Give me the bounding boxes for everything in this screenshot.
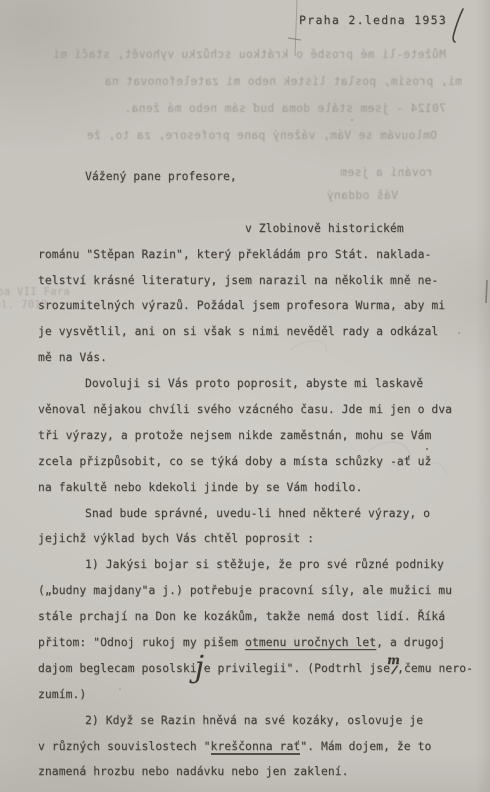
letter-text: ". Mám dojem, že to [300,740,431,753]
paper-scratch [288,38,301,40]
letter-text: 2) Když se Razin hněvá na své kozáky, os… [85,714,423,727]
letter-line: 1) Jakýsi bojar si stěžuje, že pro své r… [38,552,490,578]
letter-text: zcela přizpůsobit, co se týká doby a mís… [38,455,431,468]
letter-text: Dovoluji si Vás proto poprosit, abyste m… [85,377,423,390]
date-line: Praha 2.ledna 1953 [299,13,447,27]
pen-stroke-mark [453,9,463,42]
letter-line: Snad bude správné, uvedu-li hned některé… [38,501,490,527]
letter-text: e privilegii". (Podtrhl jse [204,662,390,675]
letter-line: věnoval nějakou chvíli svého vzácného ča… [38,397,490,423]
letter-line: Dovoluji si Vás proto poprosit, abyste m… [38,371,490,397]
letter-line: v různých souvislostech "kreščonna rať".… [38,734,490,760]
letter-line: na fakultě nebo kdekoli jinde by se Vám … [38,475,490,501]
letter-text: srozumitelných výrazů. Požádal jsem prof… [38,299,445,312]
letter-line: zumím.) [38,682,490,708]
letter-line: v Zlobinově historickém [38,216,490,242]
letter-text: ,čemu nero- [397,662,473,675]
letter-text: románu "Stěpan Razin", který překládám p… [38,248,431,261]
letter-text: telství krásné literatury, jsem narazil … [38,274,438,287]
letter-text: dajom beglecam posolski [38,662,197,675]
letter-line: jejichž výklad bych Vás chtěl poprosit : [38,526,490,552]
letter-text: znamená hrozbu nebo nadávku nebo jen zak… [38,765,349,778]
letter-text: věnoval nějakou chvíli svého vzácného ča… [38,403,452,416]
letter-line: srozumitelných výrazů. Požádal jsem prof… [38,293,490,319]
ink-speck [351,119,353,121]
letter-line: Vážený pane profesore, [38,164,490,190]
letter-text: Vážený pane profesore, [85,170,237,183]
letter-text: tři výrazy, a protože nejsem nikde zaměs… [38,429,431,442]
letter-text: v Zlobinově historickém [245,222,404,235]
letter-line: je vysvětlil, ani on si však s nimi nevě… [38,319,490,345]
letter-line: („budny majdany"a j.) potřebuje pracovní… [38,578,490,604]
ghost-text-line: Můžete-li mé prosbě o krátkou schůzku vy… [0,48,446,61]
letter-body: Vážený pane profesore,v Zlobinově histor… [38,164,490,785]
letter-paper: Můžete-li mé prosbě o krátkou schůzku vy… [0,0,490,792]
letter-line: 2) Když se Razin hněvá na své kozáky, os… [38,708,490,734]
letter-line: románu "Stěpan Razin", který překládám p… [38,242,490,268]
letter-text: 1) Jakýsi bojar si stěžuje, že pro své r… [85,558,444,571]
handwritten-m-insertion: m [387,648,390,674]
letter-line: dajom beglecam posolskije privilegii". (… [38,656,490,682]
letter-line: stále prchají na Don ke kozákům, takže n… [38,604,490,630]
letter-line: mě na Vás. [38,345,490,371]
letter-blank-line [38,190,490,216]
underlined-term: kreščonna rať [211,740,301,756]
ghost-text-line: 70124 - jsem stále doma buď sám nebo má … [0,102,446,115]
ghost-text-line: mi, prosím, poslat lístek nebo mi zatele… [0,75,462,88]
letter-text: v různých souvislostech " [38,740,211,753]
letter-text: přitom: "Odnoj rukoj my pišem [38,636,245,649]
letter-text: („budny majdany"a j.) potřebuje pracovní… [38,584,452,597]
letter-text: Snad bude správné, uvedu-li hned některé… [85,507,430,520]
letter-text: zumím.) [38,688,86,701]
letter-text: jejichž výklad bych Vás chtěl poprosit : [38,532,314,545]
letter-line: telství krásné literatury, jsem narazil … [38,268,490,294]
letter-text: je vysvětlil, ani on si však s nimi nevě… [38,325,438,338]
letter-line: přitom: "Odnoj rukoj my pišem otmenu uro… [38,630,490,656]
letter-line: zcela přizpůsobit, co se týká doby a mís… [38,449,490,475]
letter-line: znamená hrozbu nebo nadávku nebo jen zak… [38,759,490,785]
letter-text: stále prchají na Don ke kozákům, takže n… [38,610,445,623]
letter-line: tři výrazy, a protože nejsem nikde zaměs… [38,423,490,449]
ghost-text-line: Omlouvám se Vám, vážený pane profesore, … [0,129,437,142]
letter-text: na fakultě nebo kdekoli jinde by se Vám … [38,481,362,494]
underlined-term: otmenu uročnych let [245,636,376,649]
letter-text: mě na Vás. [38,351,107,364]
